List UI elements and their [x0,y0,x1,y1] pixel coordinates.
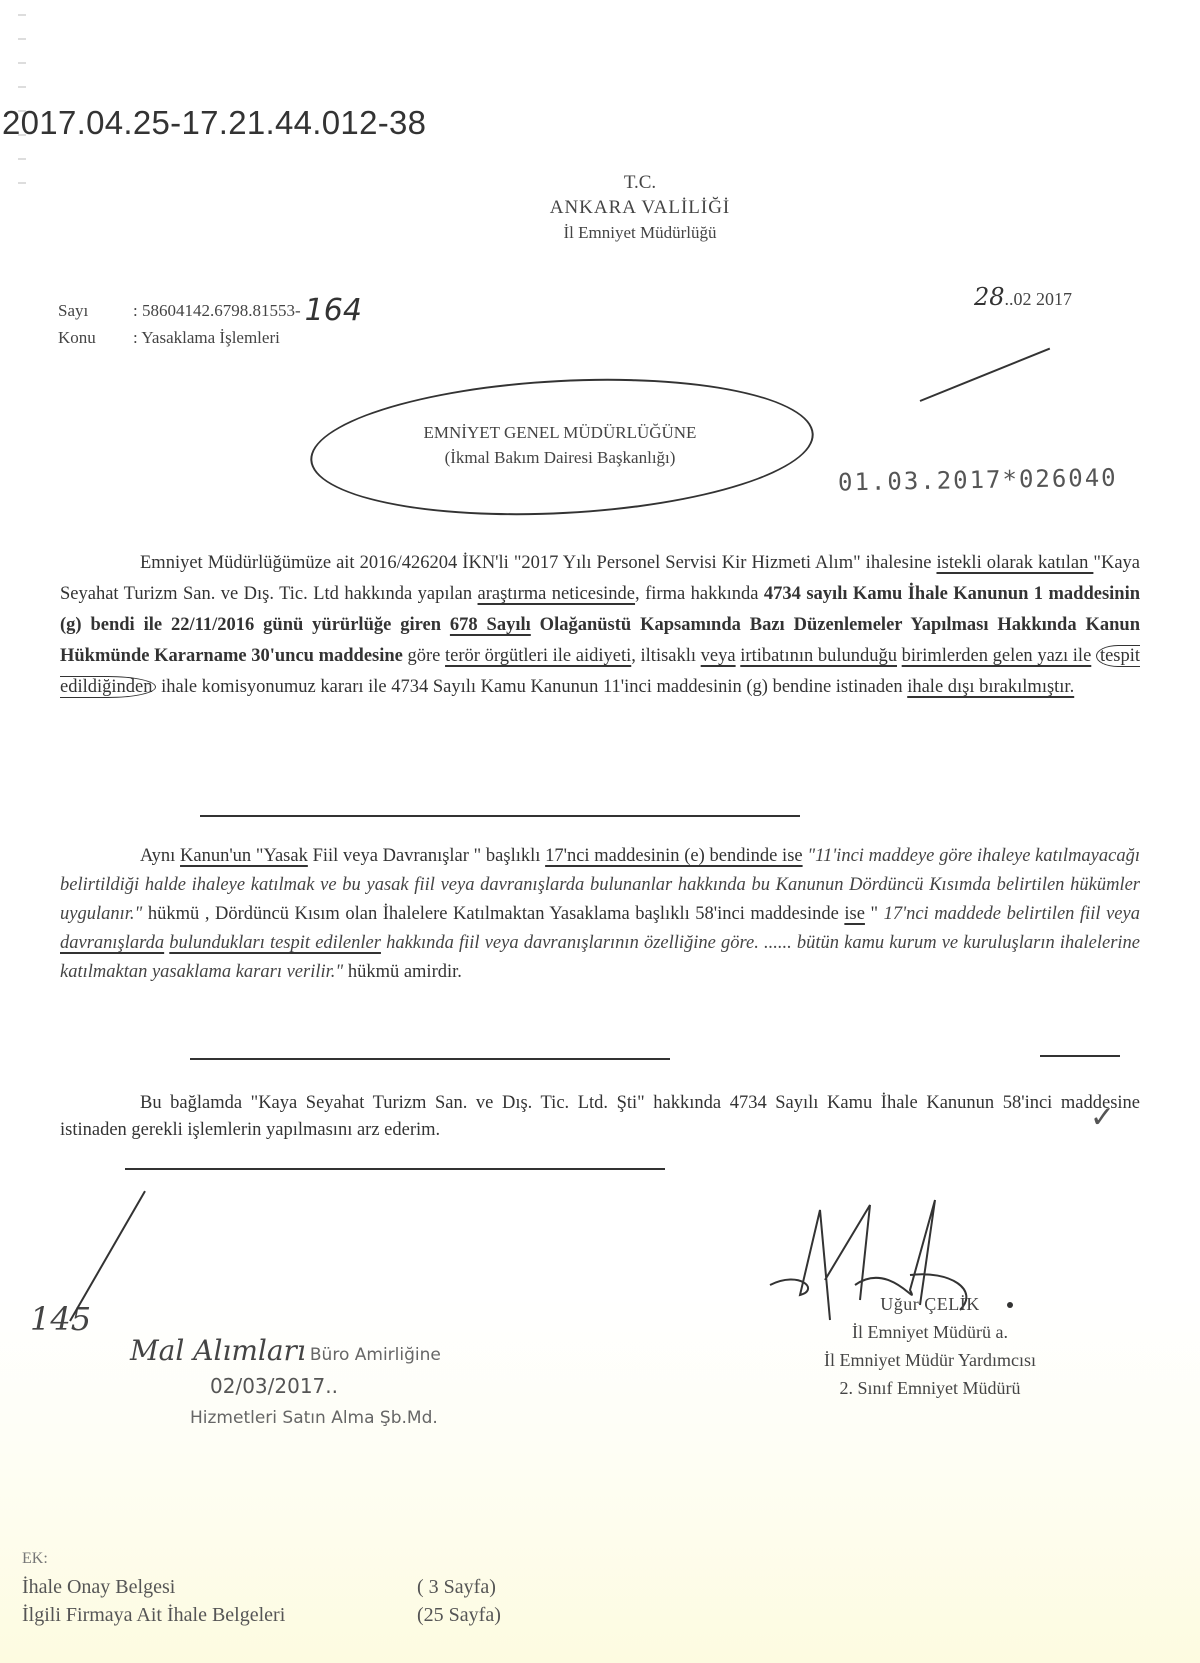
paragraph-1: Emniyet Müdürlüğümüze ait 2016/426204 İK… [60,548,1140,703]
routing-printed-text: Büro Amirliğine [310,1345,441,1365]
p2-underlined: Kanun'un "Yasak [180,846,308,866]
attachment-pages: ( 3 Sayfa) [417,1573,496,1601]
recipient-line1: EMNİYET GENEL MÜDÜRLÜĞÜNE [330,420,790,445]
p1-bold-underlined: 678 Sayılı [450,615,531,635]
p2-text: " [865,904,884,924]
p2-quote-underlined: bulundukları tespit edilenler [169,933,381,953]
date-handwritten-day: 28 [974,283,1005,311]
pen-underline-stroke [1040,1055,1120,1057]
attachment-name: İlgili Firmaya Ait İhale Belgeleri [22,1601,417,1629]
p1-underlined: irtibatının bulunduğu [740,646,897,666]
recipient-line2: (İkmal Bakım Dairesi Başkanlığı) [330,445,790,470]
p1-underlined: istekli olarak katılan [936,553,1093,573]
document-meta: Sayı: 58604142.6798.81553-164 Konu: Yasa… [58,293,362,351]
letterhead-directorate: İl Emniyet Müdürlüğü [0,220,1200,245]
konu-label: Konu [58,324,133,351]
pen-underline-stroke [125,1168,665,1170]
sayi-row: Sayı: 58604142.6798.81553-164 [58,293,362,324]
attachment-item: İhale Onay Belgesi ( 3 Sayfa) [22,1573,501,1601]
p1-underlined: ihale dışı bırakılmıştır. [907,677,1074,697]
signature-block: Uğur ÇELİK İl Emniyet Müdürü a. İl Emniy… [760,1230,1100,1402]
p2-text: hükmü , Dördüncü Kısım olan İhalelere Ka… [142,904,844,924]
date-printed: ..02 2017 [1005,289,1073,309]
konu-row: Konu: Yasaklama İşlemleri [58,324,362,351]
p3-text: Bu bağlamda "Kaya Seyahat Turizm San. ve… [60,1093,1140,1140]
p1-text: , iltisaklı [631,646,700,666]
pen-slash-mark [920,348,1051,402]
signatory-title-2: İl Emniyet Müdür Yardımcısı [760,1346,1100,1374]
sayi-value: : 58604142.6798.81553- [133,301,301,320]
attachment-pages: (25 Sayfa) [417,1601,501,1629]
signatory-title-1: İl Emniyet Müdürü a. [760,1318,1100,1346]
attachments-list: EK: İhale Onay Belgesi ( 3 Sayfa) İlgili… [22,1545,501,1629]
p1-underlined: araştırma neticesinde [478,584,636,604]
signatory-name: Uğur ÇELİK [760,1290,1100,1318]
attachment-item: İlgili Firmaya Ait İhale Belgeleri (25 S… [22,1601,501,1629]
document-date: 28..02 2017 [974,283,1072,311]
p2-quote: 17'nci maddede belirtilen fiil veya [884,904,1140,924]
signatory-title-3: 2. Sınıf Emniyet Müdürü [760,1374,1100,1402]
routing-handwritten-number: 145 [30,1300,91,1338]
routing-slash-mark [69,1191,146,1322]
attachments-heading: EK: [22,1545,501,1573]
received-number-stamp: 01.03.2017*026040 [838,464,1118,497]
check-mark-icon: ✓ [1090,1100,1115,1135]
p2-text: hükmü amirdir. [343,962,462,982]
letterhead-tc: T.C. [0,170,1200,195]
recipient-block: EMNİYET GENEL MÜDÜRLÜĞÜNE (İkmal Bakım D… [330,420,790,470]
routing-footer: Hizmetleri Satın Alma Şb.Md. [190,1408,438,1428]
p2-underlined: ise [844,904,865,924]
letterhead: T.C. ANKARA VALİLİĞİ İl Emniyet Müdürlüğ… [0,170,1200,245]
p2-text: Aynı [140,846,180,866]
p2-quote-underlined: davranışlarda [60,933,164,953]
p2-text: Fiil veya Davranışlar " başlıklı [308,846,545,866]
p1-underlined: terör örgütleri ile aidiyeti [445,646,631,666]
sayi-label: Sayı [58,297,133,324]
p1-text: göre [403,646,445,666]
p1-text: Emniyet Müdürlüğümüze ait 2016/426204 İK… [140,553,936,573]
attachment-name: İhale Onay Belgesi [22,1573,417,1601]
paragraph-2: Aynı Kanun'un "Yasak Fiil veya Davranışl… [60,842,1140,987]
p2-underlined: 17'nci maddesinin (e) bendinde ise [545,846,803,866]
sayi-handwritten: 164 [305,293,362,328]
paragraph-3: Bu bağlamda "Kaya Seyahat Turizm San. ve… [60,1090,1140,1144]
p1-underlined: birimlerden gelen yazı ile [902,646,1092,666]
p1-text: ihale komisyonumuz kararı ile 4734 Sayıl… [156,677,907,697]
routing-date: 02/03/2017.. [210,1374,338,1398]
pen-underline-stroke [190,1058,670,1060]
pen-underline-stroke [200,815,800,817]
letterhead-governorship: ANKARA VALİLİĞİ [0,195,1200,220]
konu-value: : Yasaklama İşlemleri [133,328,280,347]
routing-handwritten-text: Mal Alımları [130,1334,306,1367]
p1-text: , firma hakkında [635,584,764,604]
scan-timestamp-stamp: 2017.04.25-17.21.44.012-38 [2,104,426,142]
p1-underlined: veya [701,646,736,666]
